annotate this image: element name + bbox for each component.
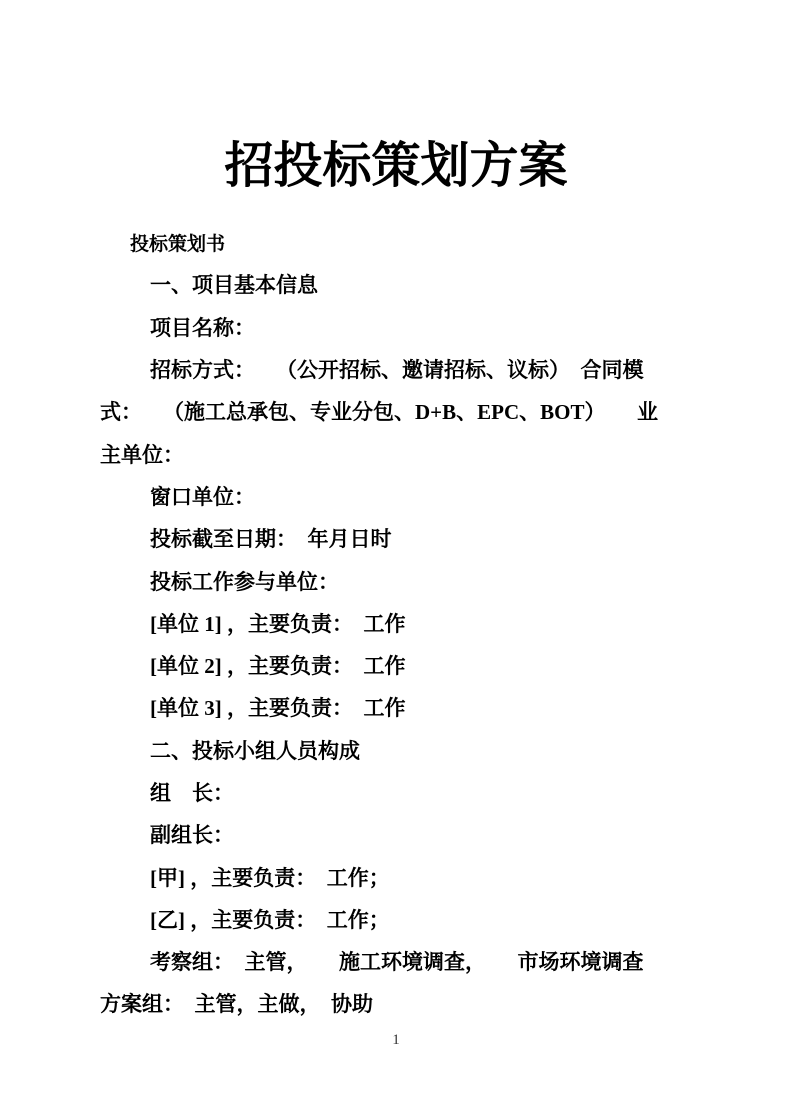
text-line: 主单位： (0, 432, 792, 474)
text-line: 项目名称： (0, 306, 792, 348)
page-number: 1 (0, 1031, 792, 1049)
text-line: 组 长： (0, 771, 792, 813)
text-line: 副组长： (0, 813, 792, 855)
text-line: [甲] ，主要负责： 工作； (0, 855, 792, 897)
text-line: [乙] ，主要负责： 工作； (0, 898, 792, 940)
text-line: [单位 1] ，主要负责： 工作 (0, 602, 792, 644)
text-line: 一、项目基本信息 (0, 263, 792, 305)
text-line: 考察组： 主管， 施工环境调查， 市场环境调查 (0, 940, 792, 982)
text-line: 二、投标小组人员构成 (0, 729, 792, 771)
text-line: 招标方式： （公开招标、邀请招标、议标） 合同模 (0, 348, 792, 390)
text-line: 投标工作参与单位： (0, 559, 792, 601)
text-line: 窗口单位： (0, 475, 792, 517)
doc-body: 投标策划书一、项目基本信息项目名称：招标方式： （公开招标、邀请招标、议标） 合… (0, 221, 792, 1025)
text-line: 投标截至日期： 年月日时 (0, 517, 792, 559)
text-line: [单位 2] ，主要负责： 工作 (0, 644, 792, 686)
text-line: [单位 3] ，主要负责： 工作 (0, 686, 792, 728)
text-line: 式： （施工总承包、专业分包、D+B、EPC、BOT） 业 (0, 390, 792, 432)
doc-page: 招投标策划方案 投标策划书一、项目基本信息项目名称：招标方式： （公开招标、邀请… (0, 0, 792, 1120)
doc-title: 招投标策划方案 (0, 132, 792, 200)
text-line: 方案组： 主管，主做， 协助 (0, 982, 792, 1024)
text-line: 投标策划书 (0, 221, 792, 263)
